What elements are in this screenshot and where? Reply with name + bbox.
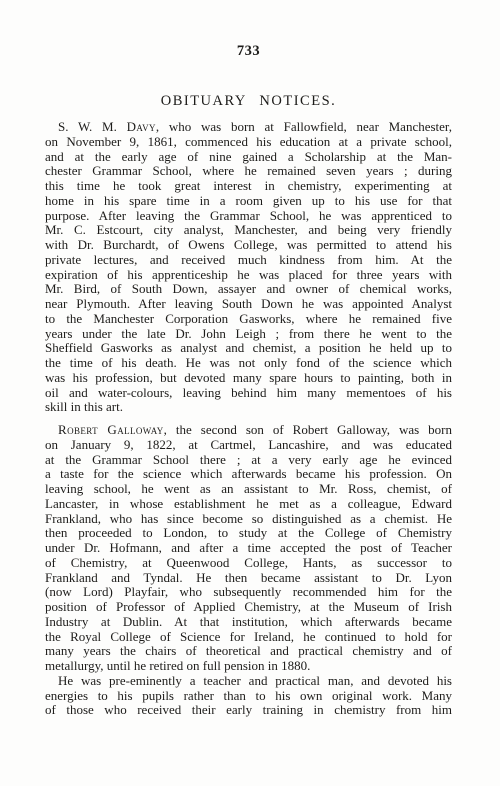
text-line: S. W. M. Davy, who was born at Fallowfie… bbox=[45, 120, 452, 135]
text-line: leaving school, he went as an assistant … bbox=[45, 482, 452, 497]
text-line: expiration of his apprenticeship he was … bbox=[45, 268, 452, 283]
text-line: Robert Galloway, the second son of Rober… bbox=[45, 423, 452, 438]
text-line: to the Manchester Corporation Gasworks, … bbox=[45, 312, 452, 327]
page-number: 733 bbox=[45, 43, 452, 60]
text-line: the time of his death. He was not only f… bbox=[45, 356, 452, 371]
text-line: on November 9, 1861, commenced his educa… bbox=[45, 135, 452, 150]
text-line: He was pre-eminently a teacher and pract… bbox=[45, 674, 452, 689]
paragraph: He was pre-eminently a teacher and pract… bbox=[45, 674, 452, 718]
text-segment: , who was born at Fallowfield, near Manc… bbox=[156, 119, 452, 134]
text-line: with Dr. Burchardt, of Owens College, wa… bbox=[45, 238, 452, 253]
page-title: OBITUARY NOTICES. bbox=[45, 93, 452, 110]
text-line: near Plymouth. After leaving South Down … bbox=[45, 297, 452, 312]
person-name-smallcaps: Robert Galloway bbox=[58, 422, 164, 437]
text-line: skill in this art. bbox=[45, 400, 452, 415]
text-line: and at the early age of nine gained a Sc… bbox=[45, 150, 452, 165]
paragraph: S. W. M. Davy, who was born at Fallowfie… bbox=[45, 120, 452, 415]
text-line: (now Lord) Playfair, who subsequently re… bbox=[45, 585, 452, 600]
document-page: 733 OBITUARY NOTICES. S. W. M. Davy, who… bbox=[0, 0, 500, 786]
text-line: of those who received their early traini… bbox=[45, 703, 452, 718]
obituary-notice: Robert Galloway, the second son of Rober… bbox=[45, 423, 452, 718]
text-segment: S. W. M. bbox=[58, 119, 127, 134]
paragraph: Robert Galloway, the second son of Rober… bbox=[45, 423, 452, 674]
text-line: was his profession, but devoted many spa… bbox=[45, 371, 452, 386]
text-line: Frankland and Tyndal. He then became ass… bbox=[45, 571, 452, 586]
text-line: position of Professor of Applied Chemist… bbox=[45, 600, 452, 615]
text-line: a taste for the science which afterwards… bbox=[45, 467, 452, 482]
text-line: on January 9, 1822, at Cartmel, Lancashi… bbox=[45, 438, 452, 453]
text-line: metallurgy, until he retired on full pen… bbox=[45, 659, 452, 674]
text-line: Industry at Dublin. At that institution,… bbox=[45, 615, 452, 630]
text-line: this time he took great interest in chem… bbox=[45, 179, 452, 194]
text-line: Frankland, who has since become so disti… bbox=[45, 512, 452, 527]
obituary-notice: S. W. M. Davy, who was born at Fallowfie… bbox=[45, 120, 452, 415]
text-line: many years the chairs of theoretical and… bbox=[45, 644, 452, 659]
text-line: home in his spare time in a room given u… bbox=[45, 194, 452, 209]
text-line: Sheffield Gasworks as analyst and chemis… bbox=[45, 341, 452, 356]
document-body: S. W. M. Davy, who was born at Fallowfie… bbox=[45, 120, 452, 718]
text-line: of Chemistry, at Queenwood College, Hant… bbox=[45, 556, 452, 571]
text-line: Lancaster, in whose establishment he met… bbox=[45, 497, 452, 512]
text-line: Mr. Bird, of South Down, assayer and own… bbox=[45, 282, 452, 297]
text-line: oil and water-colours, leaving behind hi… bbox=[45, 386, 452, 401]
text-line: the Royal College of Science for Ireland… bbox=[45, 630, 452, 645]
text-line: private lectures, and received much kind… bbox=[45, 253, 452, 268]
text-line: purpose. After leaving the Grammar Schoo… bbox=[45, 209, 452, 224]
text-line: chester Grammar School, where he remaine… bbox=[45, 164, 452, 179]
text-line: energies to his pupils rather than to hi… bbox=[45, 689, 452, 704]
text-line: at the Grammar School there ; at a very … bbox=[45, 453, 452, 468]
text-line: under Dr. Hofmann, and after a time acce… bbox=[45, 541, 452, 556]
text-line: Mr. C. Estcourt, city analyst, Mancheste… bbox=[45, 223, 452, 238]
text-line: then proceeded to London, to study at th… bbox=[45, 526, 452, 541]
person-name-smallcaps: Davy bbox=[127, 119, 156, 134]
text-line: years under the late Dr. John Leigh ; fr… bbox=[45, 327, 452, 342]
text-segment: , the second son of Robert Galloway, was… bbox=[164, 422, 452, 437]
